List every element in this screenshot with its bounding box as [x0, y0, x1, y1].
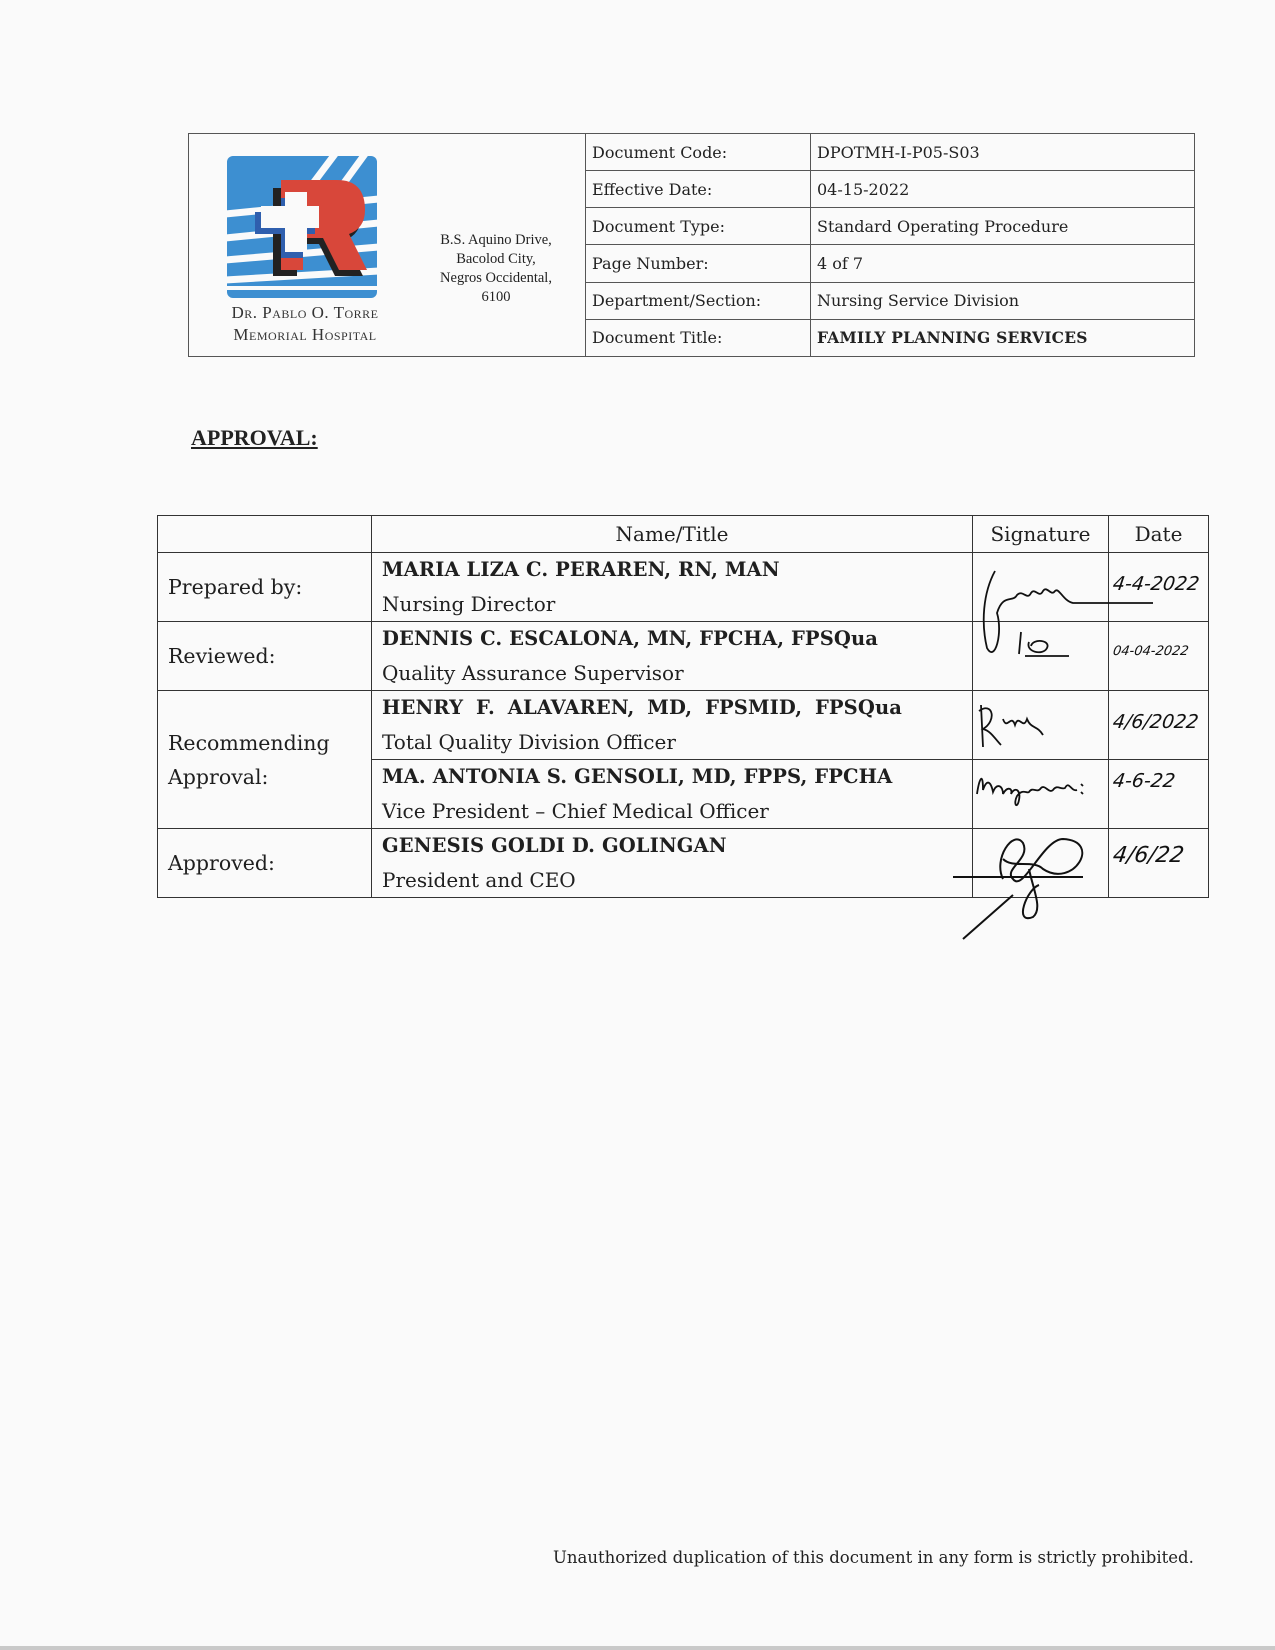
meta-label: Document Type: — [586, 208, 811, 245]
handwritten-date: 4/6/2022 — [1111, 711, 1199, 733]
approval-table: Name/Title Signature Date Prepared by: M… — [157, 515, 1209, 898]
date-cell: 4/6/2022 — [1109, 691, 1209, 760]
person-title: Nursing Director — [382, 587, 962, 621]
signature-icon — [973, 553, 1109, 623]
address-line: Negros Occidental, — [421, 269, 571, 288]
address-line: B.S. Aquino Drive, — [421, 231, 571, 250]
meta-value: 4 of 7 — [811, 245, 1195, 282]
person-name: MARIA LIZA C. PERAREN, RN, MAN — [382, 553, 962, 587]
signature-icon — [973, 622, 1109, 692]
column-header-signature: Signature — [973, 516, 1109, 553]
role-label: Prepared by: — [158, 553, 372, 622]
meta-row-document-code: Document Code: DPOTMH-I-P05-S03 — [586, 134, 1194, 171]
meta-value: Nursing Service Division — [811, 282, 1195, 319]
person-cell: MARIA LIZA C. PERAREN, RN, MAN Nursing D… — [372, 553, 973, 622]
person-name: HENRY F. ALAVAREN, MD, FPSMID, FPSQua — [382, 691, 962, 725]
meta-label: Page Number: — [586, 245, 811, 282]
hospital-name: Dr. Pablo O. Torre Memorial Hospital — [195, 302, 415, 346]
approval-header-row: Name/Title Signature Date — [158, 516, 1209, 553]
signature-icon — [973, 829, 1109, 899]
meta-value: 04-15-2022 — [811, 171, 1195, 208]
signature-cell — [973, 553, 1109, 622]
hospital-cross-r-logo-icon — [225, 154, 379, 300]
approval-row-reviewed: Reviewed: DENNIS C. ESCALONA, MN, FPCHA,… — [158, 622, 1209, 691]
meta-value: FAMILY PLANNING SERVICES — [811, 319, 1195, 356]
person-name: DENNIS C. ESCALONA, MN, FPCHA, FPSQua — [382, 622, 962, 656]
column-header-name-title: Name/Title — [372, 516, 973, 553]
signature-icon — [973, 691, 1109, 761]
role-label: Approved: — [158, 829, 372, 898]
handwritten-date: 4-6-22 — [1111, 770, 1176, 792]
date-cell: 04-04-2022 — [1109, 622, 1209, 691]
meta-label: Document Code: — [586, 134, 811, 171]
person-cell: MA. ANTONIA S. GENSOLI, MD, FPPS, FPCHA … — [372, 760, 973, 829]
approval-row-prepared: Prepared by: MARIA LIZA C. PERAREN, RN, … — [158, 553, 1209, 622]
meta-label: Document Title: — [586, 319, 811, 356]
person-name: MA. ANTONIA S. GENSOLI, MD, FPPS, FPCHA — [382, 760, 962, 794]
role-label: Reviewed: — [158, 622, 372, 691]
signature-cell — [973, 829, 1109, 898]
signature-cell — [973, 760, 1109, 829]
meta-row-effective-date: Effective Date: 04-15-2022 — [586, 171, 1194, 208]
address-line: Bacolod City, — [421, 250, 571, 269]
hospital-name-line1: Dr. Pablo O. Torre — [195, 302, 415, 324]
person-cell: HENRY F. ALAVAREN, MD, FPSMID, FPSQua To… — [372, 691, 973, 760]
hospital-address: B.S. Aquino Drive, Bacolod City, Negros … — [421, 231, 571, 307]
person-title: Vice President – Chief Medical Officer — [382, 794, 962, 828]
meta-label: Effective Date: — [586, 171, 811, 208]
signature-cell — [973, 691, 1109, 760]
person-title: President and CEO — [382, 863, 962, 897]
meta-row-document-type: Document Type: Standard Operating Proced… — [586, 208, 1194, 245]
person-title: Quality Assurance Supervisor — [382, 656, 962, 690]
person-cell: GENESIS GOLDI D. GOLINGAN President and … — [372, 829, 973, 898]
address-line: 6100 — [421, 288, 571, 307]
handwritten-date: 4-4-2022 — [1111, 573, 1200, 595]
section-heading-approval: APPROVAL: — [191, 425, 318, 451]
logo-cell: Dr. Pablo O. Torre Memorial Hospital B.S… — [189, 134, 586, 356]
meta-value: DPOTMH-I-P05-S03 — [811, 134, 1195, 171]
handwritten-date: 4/6/22 — [1111, 843, 1185, 868]
meta-row-page-number: Page Number: 4 of 7 — [586, 245, 1194, 282]
date-cell: 4-6-22 — [1109, 760, 1209, 829]
person-cell: DENNIS C. ESCALONA, MN, FPCHA, FPSQua Qu… — [372, 622, 973, 691]
signature-cell — [973, 622, 1109, 691]
signature-icon — [973, 760, 1109, 830]
approval-row-approved: Approved: GENESIS GOLDI D. GOLINGAN Pres… — [158, 829, 1209, 898]
meta-label: Department/Section: — [586, 282, 811, 319]
hospital-name-line2: Memorial Hospital — [195, 324, 415, 346]
meta-row-department: Department/Section: Nursing Service Divi… — [586, 282, 1194, 319]
column-header-date: Date — [1109, 516, 1209, 553]
person-name: GENESIS GOLDI D. GOLINGAN — [382, 829, 962, 863]
person-title: Total Quality Division Officer — [382, 725, 962, 759]
document-meta-table: Document Code: DPOTMH-I-P05-S03 Effectiv… — [586, 134, 1194, 356]
approval-row-recommending-1: RecommendingApproval: HENRY F. ALAVAREN,… — [158, 691, 1209, 760]
role-label: RecommendingApproval: — [158, 691, 372, 829]
column-header — [158, 516, 372, 553]
handwritten-date: 04-04-2022 — [1112, 644, 1190, 659]
page-edge — [0, 1646, 1275, 1650]
meta-value: Standard Operating Procedure — [811, 208, 1195, 245]
date-cell: 4/6/22 — [1109, 829, 1209, 898]
duplication-notice: Unauthorized duplication of this documen… — [553, 1548, 1194, 1567]
document-header: Dr. Pablo O. Torre Memorial Hospital B.S… — [188, 133, 1195, 357]
meta-row-document-title: Document Title: FAMILY PLANNING SERVICES — [586, 319, 1194, 356]
date-cell: 4-4-2022 — [1109, 553, 1209, 622]
